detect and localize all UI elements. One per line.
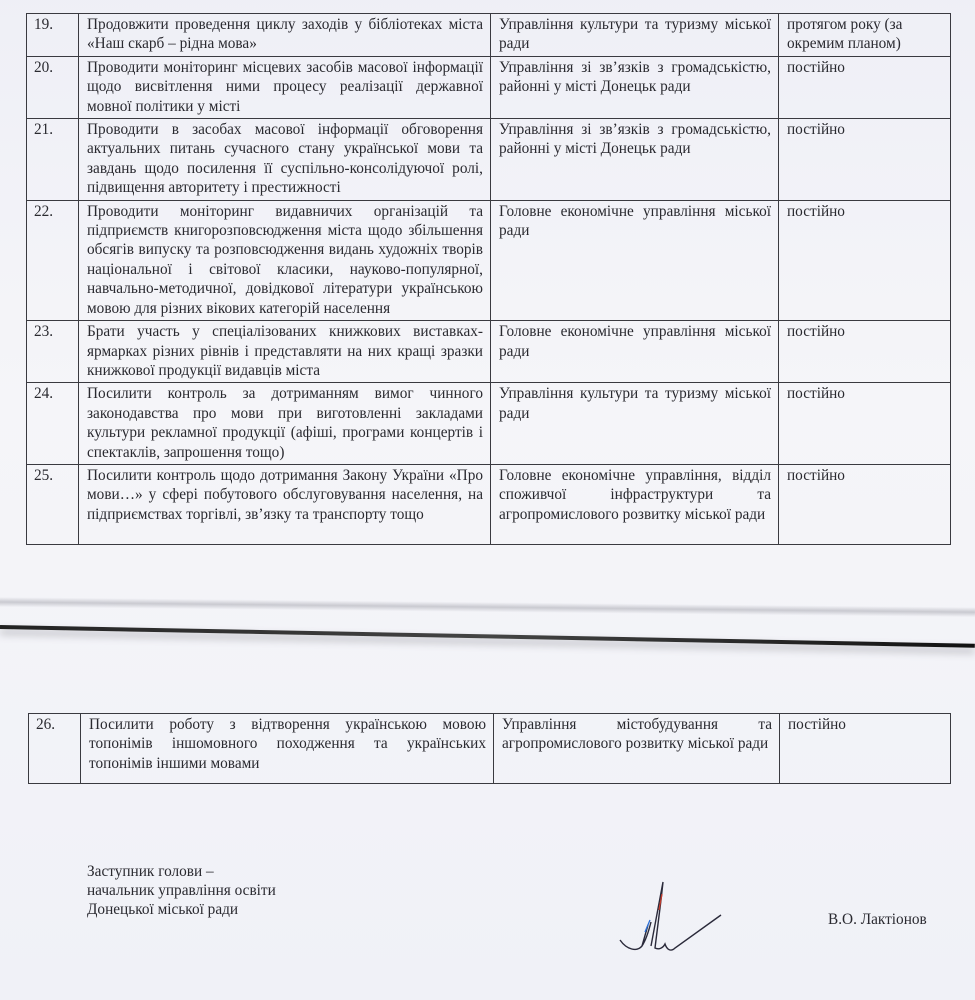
responsible-cell: Управління зі зв’язків з громадськістю, … bbox=[491, 56, 779, 118]
task-cell: Продовжити проведення циклу заходів у бі… bbox=[79, 14, 491, 57]
task-cell: Проводити в засобах масової інформації о… bbox=[79, 119, 491, 201]
task-cell: Проводити моніторинг місцевих засобів ма… bbox=[79, 56, 491, 118]
task-cell: Посилити контроль за дотриманням вимог ч… bbox=[79, 383, 491, 465]
task-cell: Брати участь у спеціалізованих книжкових… bbox=[79, 321, 491, 383]
responsible-cell: Головне економічне управління міської ра… bbox=[491, 321, 779, 383]
table-row: 26. Посилити роботу з відтворення україн… bbox=[29, 714, 951, 784]
table-row: 20. Проводити моніторинг місцевих засобі… bbox=[27, 56, 951, 118]
row-number: 25. bbox=[27, 464, 79, 544]
table-row: 25. Посилити контроль щодо дотримання За… bbox=[27, 464, 951, 544]
deadline-cell: постійно bbox=[779, 119, 951, 201]
row-number: 20. bbox=[27, 56, 79, 118]
table-row: 19. Продовжити проведення циклу заходів … bbox=[27, 14, 951, 57]
paper-fold-shadow bbox=[0, 597, 975, 617]
position-line: Заступник голови – bbox=[87, 862, 276, 881]
row-number: 24. bbox=[27, 383, 79, 465]
deadline-cell: постійно bbox=[779, 464, 951, 544]
responsible-cell: Управління культури та туризму міської р… bbox=[491, 14, 779, 57]
deadline-cell: протягом року (за окремим планом) bbox=[779, 14, 951, 57]
signatory-position: Заступник голови – начальник управління … bbox=[87, 862, 276, 919]
deadline-cell: постійно bbox=[779, 321, 951, 383]
table-row: 21. Проводити в засобах масової інформац… bbox=[27, 119, 951, 201]
task-cell: Проводити моніторинг видавничих організа… bbox=[79, 200, 491, 320]
action-plan-table-top: 19. Продовжити проведення циклу заходів … bbox=[26, 13, 951, 545]
responsible-cell: Головне економічне управління, відділ сп… bbox=[491, 464, 779, 544]
deadline-cell: постійно bbox=[779, 383, 951, 465]
row-number: 23. bbox=[27, 321, 79, 383]
row-number: 19. bbox=[27, 14, 79, 57]
deadline-cell: постійно bbox=[779, 56, 951, 118]
paper-fold-edge bbox=[0, 625, 975, 648]
row-number: 26. bbox=[29, 714, 81, 784]
table-row: 22. Проводити моніторинг видавничих орга… bbox=[27, 200, 951, 320]
row-number: 22. bbox=[27, 200, 79, 320]
position-line: Донецької міської ради bbox=[87, 900, 276, 919]
position-line: начальник управління освіти bbox=[87, 881, 276, 900]
action-plan-table-bottom: 26. Посилити роботу з відтворення україн… bbox=[28, 713, 951, 784]
deadline-cell: постійно bbox=[780, 714, 951, 784]
responsible-cell: Управління містобудування та агропромисл… bbox=[494, 714, 780, 784]
signatory-name: В.О. Лактіонов bbox=[828, 911, 927, 929]
deadline-cell: постійно bbox=[779, 200, 951, 320]
handwritten-signature-icon bbox=[615, 870, 725, 960]
table-row: 23. Брати участь у спеціалізованих книжк… bbox=[27, 321, 951, 383]
table-row: 24. Посилити контроль за дотриманням вим… bbox=[27, 383, 951, 465]
responsible-cell: Управління зі зв’язків з громадськістю, … bbox=[491, 119, 779, 201]
responsible-cell: Управління культури та туризму міської р… bbox=[491, 383, 779, 465]
responsible-cell: Головне економічне управління міської ра… bbox=[491, 200, 779, 320]
task-cell: Посилити контроль щодо дотримання Закону… bbox=[79, 464, 491, 544]
row-number: 21. bbox=[27, 119, 79, 201]
task-cell: Посилити роботу з відтворення українсько… bbox=[81, 714, 494, 784]
